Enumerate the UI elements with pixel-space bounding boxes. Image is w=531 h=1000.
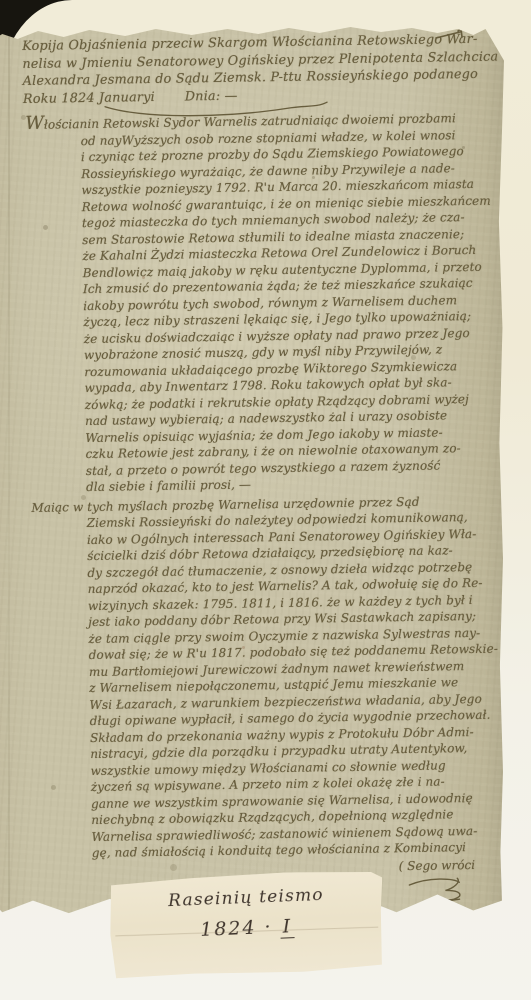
archive-label-year: 1824 · xyxy=(200,916,273,941)
archive-label-title: Raseinių teismo xyxy=(109,883,384,914)
archive-label-slip: Raseinių teismo 1824 · I xyxy=(108,869,386,980)
header-underline-flourish-icon xyxy=(101,99,331,121)
handwritten-ink-layer: Kopija Objaśnienia przeciw Skargom Włośc… xyxy=(22,31,502,911)
manuscript-sheet: Kopija Objaśnienia przeciw Skargom Włośc… xyxy=(0,26,504,914)
paragraph-2: Maiąc w tych myślach prozbę Warnelisa ur… xyxy=(29,492,501,862)
document-header: Kopija Objaśnienia przeciw Skargom Włośc… xyxy=(22,31,489,108)
photo-backdrop: Kopija Objaśnienia przeciw Skargom Włośc… xyxy=(0,0,531,1000)
paragraph-1: Włościanin Retowski Sydor Warnelis zatru… xyxy=(23,109,495,497)
paper-crease xyxy=(8,26,10,914)
archive-label-numeral: I xyxy=(280,915,294,939)
